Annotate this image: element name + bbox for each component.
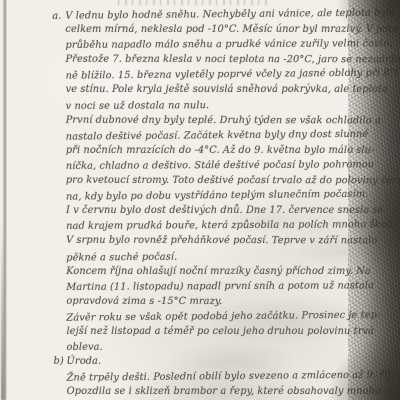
handwriting-text: V srpnu bylo rovněž přeháňkové počasí. T… <box>66 235 377 247</box>
handwriting-line: Koncem října ohlašují noční mrazíky časn… <box>66 264 400 279</box>
handwriting-text: Úroda. <box>67 356 102 367</box>
handwriting-text: Žně trpěly dešti. Poslední obilí bylo sv… <box>67 370 395 384</box>
handwriting-text: lejší než listopad a téměř po celou jeho… <box>66 326 374 337</box>
handwriting-text: při nočních mrazících do -4°C. Až do 9. … <box>66 145 375 156</box>
handwriting-text: ve stínu. Pole kryla ještě souvislá sněh… <box>66 84 388 95</box>
handwriting-text: Koncem října ohlašují noční mrazíky časn… <box>66 266 371 277</box>
handwriting-text: níčka, chladno a deštivo. Stálé deštivé … <box>66 159 374 172</box>
handwriting-text: celkem mírná, neklesla pod -10°C. Měsíc … <box>65 24 397 35</box>
handwriting-line: lejší než listopad a téměř po celou jeho… <box>66 324 400 339</box>
handwriting-line: Závěr roku se však opět podobá jeho začá… <box>66 307 400 325</box>
handwriting-text: ně blížilo. 15. března vyletěly poprvé v… <box>66 68 400 82</box>
handwriting-line: pěkné a suché počasí. <box>66 247 400 265</box>
handwriting-text: pěkné a suché počasí. <box>66 251 177 263</box>
list-marker: a. <box>52 9 61 24</box>
handwriting-line: níčka, chladno a deštivo. Stálé deštivé … <box>66 157 400 174</box>
handwriting-text: Závěr roku se však opět podobá jeho začá… <box>66 309 380 323</box>
handwriting-line: ve stínu. Pole kryla ještě souvislá sněh… <box>66 82 400 97</box>
handwriting-lines: a.V lednu bylo hodně sněhu. Nechyběly an… <box>65 6 400 400</box>
scanned-page: a.V lednu bylo hodně sněhu. Nechyběly an… <box>0 0 400 400</box>
handwriting-text: I v červnu bylo dost deštivých dnů. Dne … <box>66 205 383 216</box>
handwriting-text: První dubnové dny byly teplé. Druhý týde… <box>66 114 381 126</box>
handwriting-line: V srpnu bylo rovněž přeháňkové počasí. T… <box>66 233 400 249</box>
handwriting-text: Opozdila se i sklizeň brambor a řepy, kt… <box>67 386 381 397</box>
handwriting-line: nad krajem prudká bouře, která způsobila… <box>66 217 400 234</box>
handwriting-line: průběhu napadlo málo sněhu a prudké váni… <box>65 36 399 53</box>
handwriting-text: obleva. <box>66 342 102 353</box>
handwriting-text: nad krajem prudká bouře, která způsobila… <box>66 219 396 232</box>
handwriting-line: a.V lednu bylo hodně sněhu. Nechyběly an… <box>65 5 399 23</box>
handwriting-text: V lednu bylo hodně sněhu. Nechyběly ani … <box>65 7 395 21</box>
handwriting-text: průběhu napadlo málo sněhu a prudké váni… <box>65 38 392 51</box>
list-marker: b) <box>54 354 64 369</box>
handwriting-text: nastalo deštivé počasí. Začátek května b… <box>66 128 369 142</box>
handwriting-line: nastalo deštivé počasí. Začátek května b… <box>66 126 400 144</box>
handwriting-line: opravdová zima s -15°C mrazy. <box>66 293 400 309</box>
clipped-top-line <box>118 0 268 5</box>
handwriting-text: Martina (11. listopadu) napadl první sní… <box>66 280 374 293</box>
handwriting-text: opravdová zima s -15°C mrazy. <box>66 295 222 306</box>
handwriting-line: v noci se už dostala na nulu. <box>66 97 400 114</box>
handwriting-text: pro kvetoucí stromy. Toto deštivé počasí… <box>66 175 400 187</box>
handwriting-text: na, kdy bylo po dobu vystřídáno teplým s… <box>66 189 368 203</box>
handwriting-line: První dubnové dny byly teplé. Druhý týde… <box>66 112 400 128</box>
handwriting-line: celkem mírná, neklesla pod -10°C. Měsíc … <box>65 22 399 37</box>
handwriting-line: Martina (11. listopadu) napadl první sní… <box>66 278 400 295</box>
page-left-edge-shadow <box>1 220 4 400</box>
handwriting-text: Přestože 7. března klesla v noci teplota… <box>65 54 400 66</box>
handwritten-text-block: a.V lednu bylo hodně sněhu. Nechyběly an… <box>65 6 400 400</box>
handwriting-line: Opozdila se i sklizeň brambor a řepy, kt… <box>67 384 400 399</box>
handwriting-text: v noci se už dostala na nulu. <box>66 100 210 112</box>
handwriting-line: obleva. <box>66 338 400 355</box>
handwriting-line: I v červnu bylo dost deštivých dnů. Dne … <box>66 203 400 218</box>
handwriting-line: při nočních mrazících do -4°C. Až do 9. … <box>66 143 400 158</box>
